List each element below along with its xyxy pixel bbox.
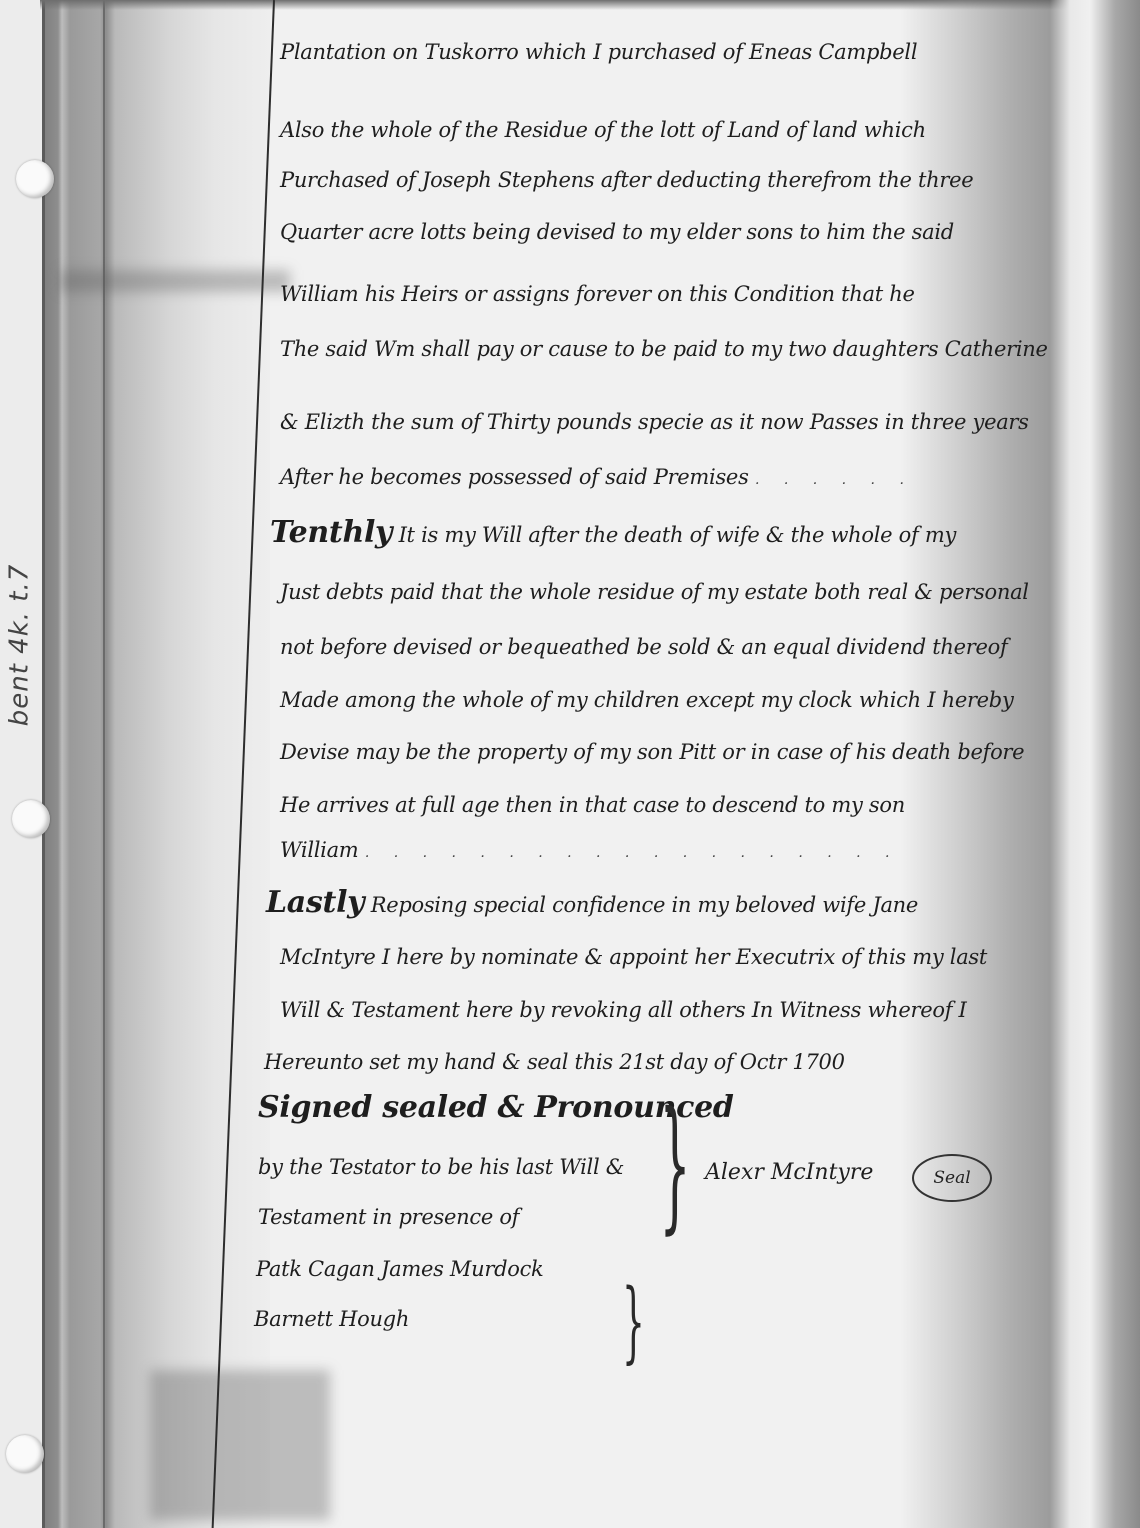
text-line: by the Testator to be his last Will & <box>258 1155 624 1179</box>
section-heading-tenthly: Tenthly <box>270 515 392 550</box>
text-line: Devise may be the property of my son Pit… <box>280 740 1024 764</box>
line-text: by the Testator to be his last Will & <box>258 1155 624 1179</box>
text-line: Hereunto set my hand & seal this 21st da… <box>264 1050 845 1074</box>
line-text: Plantation on Tuskorro which I purchased… <box>280 40 917 64</box>
margin-note-text: bent 4k. t.7 <box>4 564 34 727</box>
text-line: Made among the whole of my children exce… <box>280 688 1014 712</box>
witness-names: Barnett Hough <box>254 1307 409 1331</box>
line-text: Will & Testament here by revoking all ot… <box>280 998 967 1022</box>
text-line: Quarter acre lotts being devised to my e… <box>280 220 954 244</box>
text-line: The said Wm shall pay or cause to be pai… <box>280 337 1048 361</box>
signature-text: Alexr McIntyre <box>705 1160 873 1185</box>
line-text: Devise may be the property of my son Pit… <box>280 740 1024 764</box>
seal-mark: Seal <box>912 1154 992 1202</box>
line-text: Patk Cagan James Murdock <box>256 1257 543 1281</box>
section-heading-lastly: Lastly <box>266 885 364 920</box>
line-text: Just debts paid that the whole residue o… <box>280 580 1029 604</box>
line-text: It is my Will after the death of wife & … <box>392 523 956 547</box>
scanned-document-page: bent 4k. t.7 Plantation on Tuskorro whic… <box>0 0 1140 1528</box>
line-text: McIntyre I here by nominate & appoint he… <box>280 945 987 969</box>
testator-signature: Alexr McIntyre <box>705 1160 873 1185</box>
binder-hole <box>16 160 54 198</box>
filler-dots: . . . . . . . . . . . . . . . . . . . <box>365 845 900 861</box>
seal-text: Seal <box>933 1168 970 1188</box>
margin-note: bent 4k. t.7 <box>2 520 36 770</box>
line-text: Barnett Hough <box>254 1307 409 1331</box>
line-text: Reposing special confidence in my belove… <box>364 893 918 917</box>
binding-rule-line <box>42 0 45 1528</box>
text-line: Purchased of Joseph Stephens after deduc… <box>280 168 973 192</box>
text-line: Just debts paid that the whole residue o… <box>280 580 1029 604</box>
left-margin: bent 4k. t.7 <box>0 0 42 1528</box>
smudge <box>150 1370 330 1520</box>
text-line: not before devised or bequeathed be sold… <box>280 635 1007 659</box>
line-text: He arrives at full age then in that case… <box>280 793 905 817</box>
text-line: Tenthly It is my Will after the death of… <box>270 515 956 550</box>
text-line: After he becomes possessed of said Premi… <box>280 465 914 489</box>
text-line: McIntyre I here by nominate & appoint he… <box>280 945 987 969</box>
line-text: William his Heirs or assigns forever on … <box>280 282 915 306</box>
line-text: Testament in presence of <box>258 1205 519 1229</box>
line-text: The said Wm shall pay or cause to be pai… <box>280 337 1048 361</box>
line-text: not before devised or bequeathed be sold… <box>280 635 1007 659</box>
line-text: Hereunto set my hand & seal this 21st da… <box>264 1050 845 1074</box>
witness-names: Patk Cagan James Murdock <box>256 1257 543 1281</box>
line-text: Also the whole of the Residue of the lot… <box>280 118 926 142</box>
binder-hole <box>12 800 50 838</box>
filler-dots: . . . . . . <box>755 472 914 488</box>
binding-shadow <box>40 0 270 1528</box>
text-line: Will & Testament here by revoking all ot… <box>280 998 967 1022</box>
text-line: He arrives at full age then in that case… <box>280 793 905 817</box>
line-text: Quarter acre lotts being devised to my e… <box>280 220 954 244</box>
line-text: & Elizth the sum of Thirty pounds specie… <box>280 410 1029 434</box>
curly-brace: } <box>622 1270 645 1372</box>
binding-rule-line <box>103 0 105 1528</box>
text-line: William his Heirs or assigns forever on … <box>280 282 915 306</box>
text-line: Lastly Reposing special confidence in my… <box>266 885 918 920</box>
binder-hole <box>6 1435 44 1473</box>
text-line: Testament in presence of <box>258 1205 519 1229</box>
text-line: Also the whole of the Residue of the lot… <box>280 118 926 142</box>
curly-brace: } <box>659 1081 691 1247</box>
smudge <box>60 270 290 292</box>
line-text: Made among the whole of my children exce… <box>280 688 1014 712</box>
text-line: Plantation on Tuskorro which I purchased… <box>280 40 917 64</box>
line-text: William <box>280 838 358 862</box>
line-text: After he becomes possessed of said Premi… <box>280 465 749 489</box>
text-line: William . . . . . . . . . . . . . . . . … <box>280 838 899 862</box>
text-line: & Elizth the sum of Thirty pounds specie… <box>280 410 1029 434</box>
line-text: Purchased of Joseph Stephens after deduc… <box>280 168 973 192</box>
